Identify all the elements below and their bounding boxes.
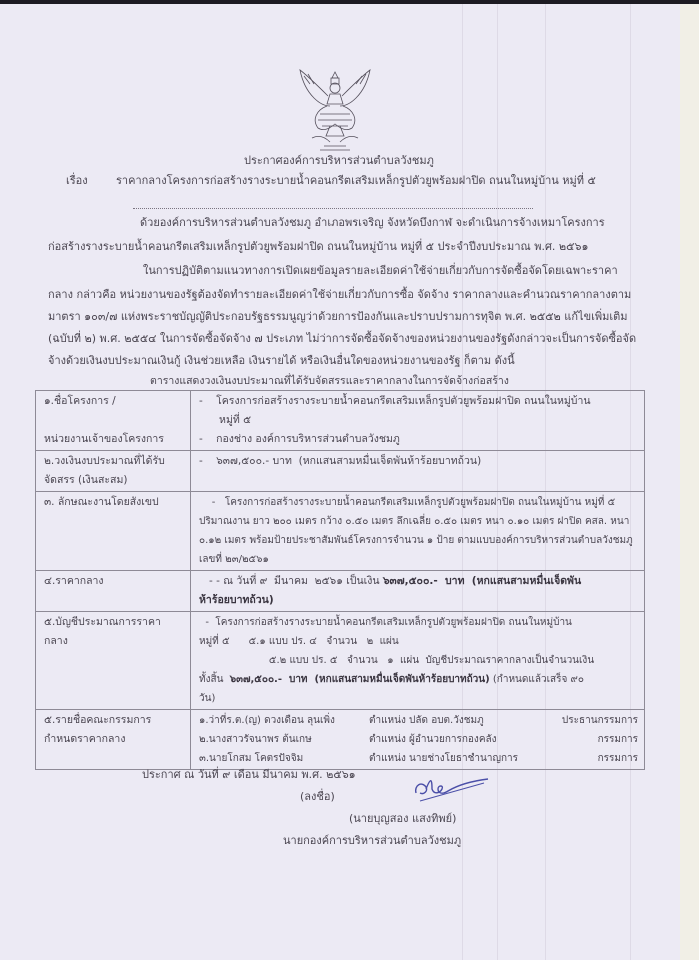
page-edge [680, 4, 699, 960]
project-name-cont: หมู่ที่ ๕ [199, 411, 638, 430]
announcer-title: ประกาศองค์การบริหารส่วนตำบลวังชมภู [244, 154, 434, 168]
committee-member: ๒.นางสาวรัจนาพร ต้นเกษ ตำแหน่ง ผู้อำนวยก… [199, 730, 638, 749]
member-name: ๒.นางสาวรัจนาพร ต้นเกษ [199, 730, 369, 749]
median-price-date: - - ณ วันที่ ๙ มีนาคม ๒๕๖๑ เป็นเงิน [199, 575, 383, 587]
dotted-divider [133, 208, 533, 209]
scope-line: - โครงการก่อสร้างรางระบายน้ำคอนกรีตเสริม… [199, 493, 638, 512]
committee-label: ๕.รายชื่อคณะกรรมการ [44, 711, 184, 730]
budget-label-cont: จัดสรร (เงินสะสม) [44, 471, 184, 490]
table-row-scope: ๓. ลักษณะงานโดยสังเขป - โครงการก่อสร้างร… [36, 492, 645, 571]
intro-p2-line4: (ฉบับที่ ๒) พ.ศ. ๒๕๕๔ ในการจัดซื้อจัดจ้า… [48, 332, 636, 346]
estimate-line: ๕.๒ แบบ ปร. ๕ จำนวน ๑ แผ่น บัญชีประมาณรา… [199, 651, 638, 670]
intro-p1-line1: ด้วยองค์การบริหารส่วนตำบลวังชมภู อำเภอพร… [140, 216, 605, 230]
committee-member: ๓.นายโกสม โคตรปัจจิม ตำแหน่ง นายช่างโยธา… [199, 749, 638, 768]
committee-label-cont: กำหนดราคากลาง [44, 730, 184, 749]
owner-label: หน่วยงานเจ้าของโครงการ [44, 430, 184, 449]
member-position: ตำแหน่ง นายช่างโยธาชำนาญการ [369, 749, 539, 768]
intro-p2-line3: มาตรา ๑๐๓/๗ แห่งพระราชบัญญัติประกอบรัฐธร… [48, 310, 628, 324]
estimate-total-amount: ๖๓๗,๕๐๐.- บาท (หกแสนสามหมื่นเจ็ดพันห้าร้… [230, 674, 490, 685]
member-role: กรรมการ [539, 730, 638, 749]
announced-date: ประกาศ ณ วันที่ ๙ เดือน มีนาคม พ.ศ. ๒๕๖๑ [142, 768, 356, 782]
table-caption: ตารางแสดงวงเงินงบประมาณที่ได้รับจัดสรรแล… [150, 374, 509, 388]
intro-p2-line2: กลาง กล่าวคือ หน่วยงานของรัฐต้องจัดทำราย… [48, 288, 631, 302]
signer-title: นายกองค์การบริหารส่วนตำบลวังชมภู [283, 834, 461, 848]
table-row-estimate: ๕.บัญชีประมาณการราคา กลาง - โครงการก่อสร… [36, 612, 645, 710]
estimate-line: - โครงการก่อสร้างรางระบายน้ำคอนกรีตเสริม… [199, 613, 638, 632]
budget-label: ๒.วงเงินงบประมาณที่ได้รับ [44, 452, 184, 471]
scope-line: เลขที่ ๒๓/๒๕๖๑ [199, 550, 638, 569]
member-name: ๑.ว่าที่ร.ต.(ญ) ดวงเดือน ลุนเพิ่ง [199, 711, 369, 730]
signed-label: (ลงชื่อ) [300, 790, 335, 804]
intro-p1-line2: ก่อสร้างรางระบายน้ำคอนกรีตเสริมเหล็กรูปต… [48, 240, 588, 254]
scope-label: ๓. ลักษณะงานโดยสังเขป [44, 493, 184, 512]
budget-value: - ๖๓๗,๕๐๐.- บาท (หกแสนสามหมื่นเจ็ดพันห้า… [199, 452, 638, 471]
estimate-line: วัน) [199, 689, 638, 708]
subject-label: เรื่อง [66, 174, 88, 188]
median-price-label: ๔.ราคากลาง [44, 572, 184, 591]
estimate-line: หมู่ที่ ๕ ๕.๑ แบบ ปร. ๔ จำนวน ๒ แผ่น [199, 632, 638, 651]
budget-table: ๑.ชื่อโครงการ / หน่วยงานเจ้าของโครงการ -… [35, 390, 645, 770]
estimate-deadline: (กำหนดแล้วเสร็จ ๙๐ [490, 674, 584, 685]
member-position: ตำแหน่ง ปลัด อบต.วังชมภู [369, 711, 539, 730]
signer-name: (นายบุญสอง แสงทิพย์) [349, 812, 456, 826]
scope-line: ๐.๑๒ เมตร พร้อมป้ายประชาสัมพันธ์โครงการจ… [199, 531, 638, 550]
project-name: - โครงการก่อสร้างรางระบายน้ำคอนกรีตเสริม… [199, 392, 638, 411]
median-price-amount-cont: ห้าร้อยบาทถ้วน) [199, 591, 638, 610]
estimate-label: ๕.บัญชีประมาณการราคา [44, 613, 184, 632]
subject-text: ราคากลางโครงการก่อสร้างรางระบายน้ำคอนกรี… [116, 174, 596, 188]
table-row-project: ๑.ชื่อโครงการ / หน่วยงานเจ้าของโครงการ -… [36, 391, 645, 451]
scope-line: ปริมาณงาน ยาว ๒๐๐ เมตร กว้าง ๐.๕๐ เมตร ล… [199, 512, 638, 531]
owner-value: - กองช่าง องค์การบริหารส่วนตำบลวังชมภู [199, 430, 638, 449]
committee-member: ๑.ว่าที่ร.ต.(ญ) ดวงเดือน ลุนเพิ่ง ตำแหน่… [199, 711, 638, 730]
member-position: ตำแหน่ง ผู้อำนวยการกองคลัง [369, 730, 539, 749]
garuda-emblem-icon [290, 66, 380, 156]
median-price-amount: ๖๓๗,๕๐๐.- บาท (หกแสนสามหมื่นเจ็ดพัน [383, 575, 581, 587]
member-name: ๓.นายโกสม โคตรปัจจิม [199, 749, 369, 768]
estimate-total-label: ทั้งสิ้น [199, 674, 230, 685]
table-row-committee: ๕.รายชื่อคณะกรรมการ กำหนดราคากลาง ๑.ว่าท… [36, 710, 645, 770]
member-role: กรรมการ [539, 749, 638, 768]
member-role: ประธานกรรมการ [539, 711, 638, 730]
estimate-label-cont: กลาง [44, 632, 184, 651]
project-label: ๑.ชื่อโครงการ / [44, 392, 184, 411]
signature-icon [412, 775, 492, 805]
intro-p2-line5: จ้างด้วยเงินงบประมาณเงินกู้ เงินช่วยเหลื… [48, 354, 515, 368]
table-row-median-price: ๔.ราคากลาง - - ณ วันที่ ๙ มีนาคม ๒๕๖๑ เป… [36, 571, 645, 612]
intro-p2-line1: ในการปฏิบัติตามแนวทางการเปิดเผยข้อมูลราย… [143, 264, 618, 278]
table-row-budget: ๒.วงเงินงบประมาณที่ได้รับ จัดสรร (เงินสะ… [36, 451, 645, 492]
